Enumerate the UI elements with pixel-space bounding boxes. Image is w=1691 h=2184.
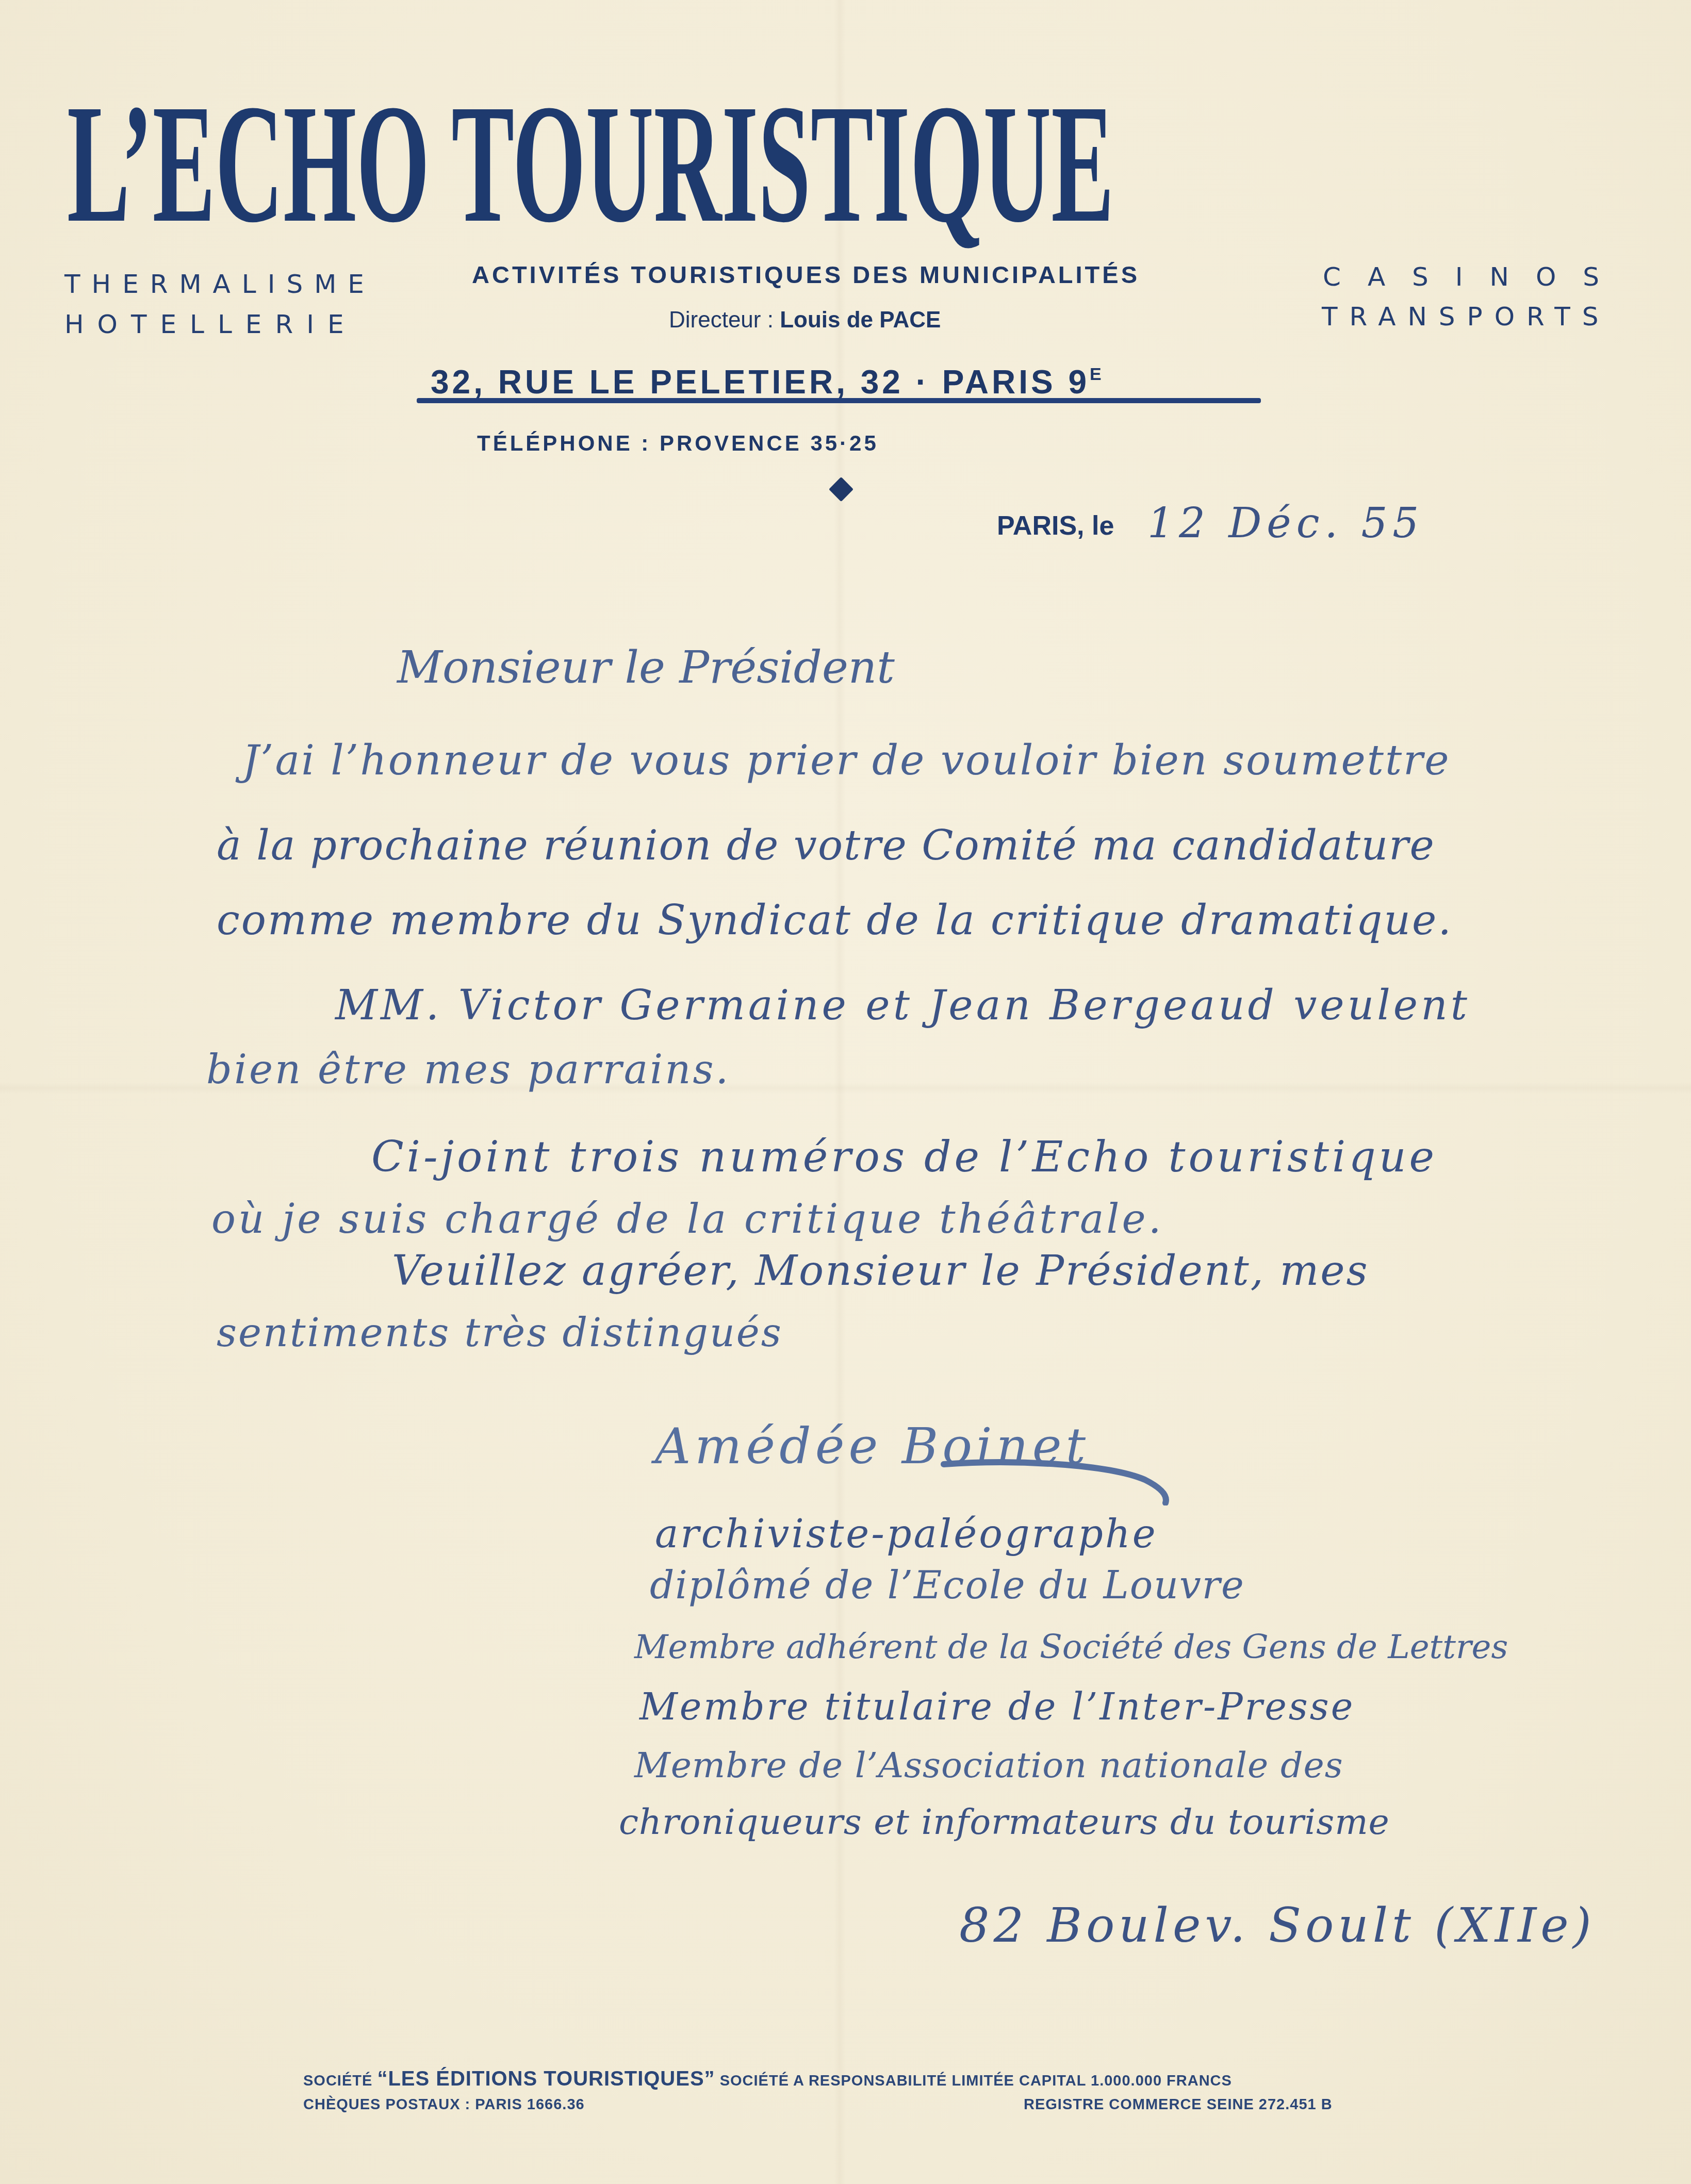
signature-flourish-icon	[939, 1444, 1176, 1505]
credential-3: Membre adhérent de la Société des Gens d…	[634, 1624, 1508, 1670]
tag-casinos: CASINOS	[1323, 264, 1626, 290]
credential-4: Membre titulaire de l’Inter-Presse	[639, 1683, 1355, 1730]
footer-cheques: CHÈQUES POSTAUX : PARIS 1666.36	[303, 2096, 585, 2113]
letter-line-3: comme membre du Syndicat de la critique …	[217, 897, 1453, 944]
letter-line-2: à la prochaine réunion de votre Comité m…	[217, 822, 1435, 869]
letter-line-9: sentiments très distingués	[217, 1310, 783, 1356]
address-line: 32, RUE LE PELETIER, 32 · PARIS 9E	[431, 363, 1102, 401]
tag-hotellerie: HOTELLERIE	[64, 311, 357, 337]
date-handwritten: 12 Déc. 55	[1147, 500, 1424, 547]
letter-line-7: où je suis chargé de la critique théâtra…	[211, 1196, 1164, 1243]
director-name: Louis de PACE	[780, 307, 941, 333]
letter-line-1: J’ai l’honneur de vous prier de vouloir …	[242, 737, 1451, 784]
footer-line-1: SOCIÉTÉ “LES ÉDITIONS TOURISTIQUES” SOCI…	[303, 2067, 1232, 2091]
masthead-title: L’ECHO TOURISTIQUE	[67, 87, 1609, 241]
return-address: 82 Boulev. Soult (XIIe)	[959, 1902, 1596, 1949]
footer-company-details: SOCIÉTÉ A RESPONSABILITÉ LIMITÉE CAPITAL…	[720, 2073, 1232, 2089]
telephone-line: TÉLÉPHONE : PROVENCE 35·25	[477, 431, 879, 456]
masthead-title-text: L’ECHO TOURISTIQUE	[67, 87, 1114, 241]
footer-societe-prefix: SOCIÉTÉ	[303, 2073, 372, 2089]
letter-line-6: Ci-joint trois numéros de l’Echo tourist…	[371, 1134, 1437, 1181]
footer-company-name: “LES ÉDITIONS TOURISTIQUES”	[377, 2067, 715, 2090]
date-printed-prefix: PARIS, le	[997, 510, 1114, 541]
letter-line-4: MM. Victor Germaine et Jean Bergeaud veu…	[335, 982, 1470, 1029]
credential-6: chroniqueurs et informateurs du tourisme	[619, 1799, 1390, 1846]
director-line: Directeur : Louis de PACE	[669, 307, 941, 333]
letter-line-5: bien être mes parrains.	[206, 1047, 730, 1093]
address-text: 32, RUE LE PELETIER, 32 · PARIS 9	[431, 363, 1090, 401]
director-label: Directeur :	[669, 307, 774, 333]
salutation: Monsieur le Président	[397, 644, 895, 691]
footer-registre: REGISTRE COMMERCE SEINE 272.451 B	[1024, 2096, 1333, 2113]
address-superscript: E	[1090, 365, 1102, 384]
credential-2: diplômé de l’Ecole du Louvre	[650, 1562, 1245, 1609]
credential-1: archiviste-paléographe	[655, 1511, 1158, 1557]
tag-transports: TRANSPORTS	[1322, 304, 1611, 329]
letter-line-8: Veuillez agréer, Monsieur le Président, …	[392, 1248, 1369, 1294]
tagline: ACTIVITÉS TOURISTIQUES DES MUNICIPALITÉS	[472, 260, 1140, 289]
tag-thermalisme: THERMALISME	[64, 271, 375, 297]
credential-5: Membre de l’Association nationale des	[634, 1743, 1343, 1789]
address-underline	[417, 398, 1261, 403]
